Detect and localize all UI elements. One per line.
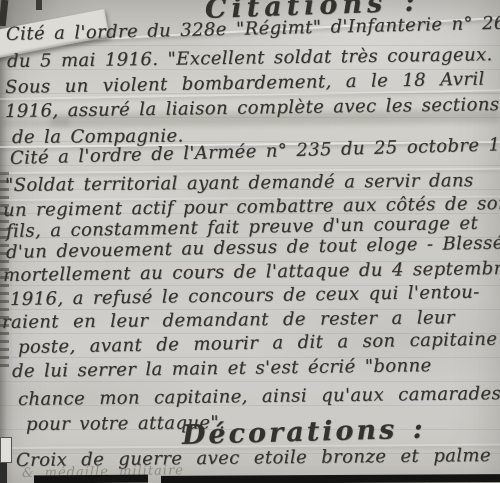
handwritten-line: de lui serrer la main et s'est écrié "bo… [12,355,432,382]
handwritten-line: "Soldat territorial ayant demandé a serv… [5,170,474,196]
handwritten-line: du 5 mai 1916. "Excellent soldat très co… [7,44,493,72]
paper-fragment [0,463,7,483]
paper-fragment [0,437,12,463]
handwritten-line: raient en leur demandant de rester a leu… [2,307,455,333]
document-photo: Citations : Cité a l'ordre du 328e "Régi… [0,0,500,483]
bottom-dark-band [34,475,148,483]
handwritten-line: poste, avant de mourir a dit a son capit… [18,329,498,358]
handwritten-line: Sous un violent bombardement, a le 18 Av… [5,69,485,98]
handwritten-line: chance mon capitaine, ainsi qu'aux camar… [18,383,500,410]
bottom-dark-band [161,474,500,483]
corner-ink-mark [36,0,42,10]
handwritten-line: 1916, a refusé le concours de ceux qui l… [10,282,480,310]
